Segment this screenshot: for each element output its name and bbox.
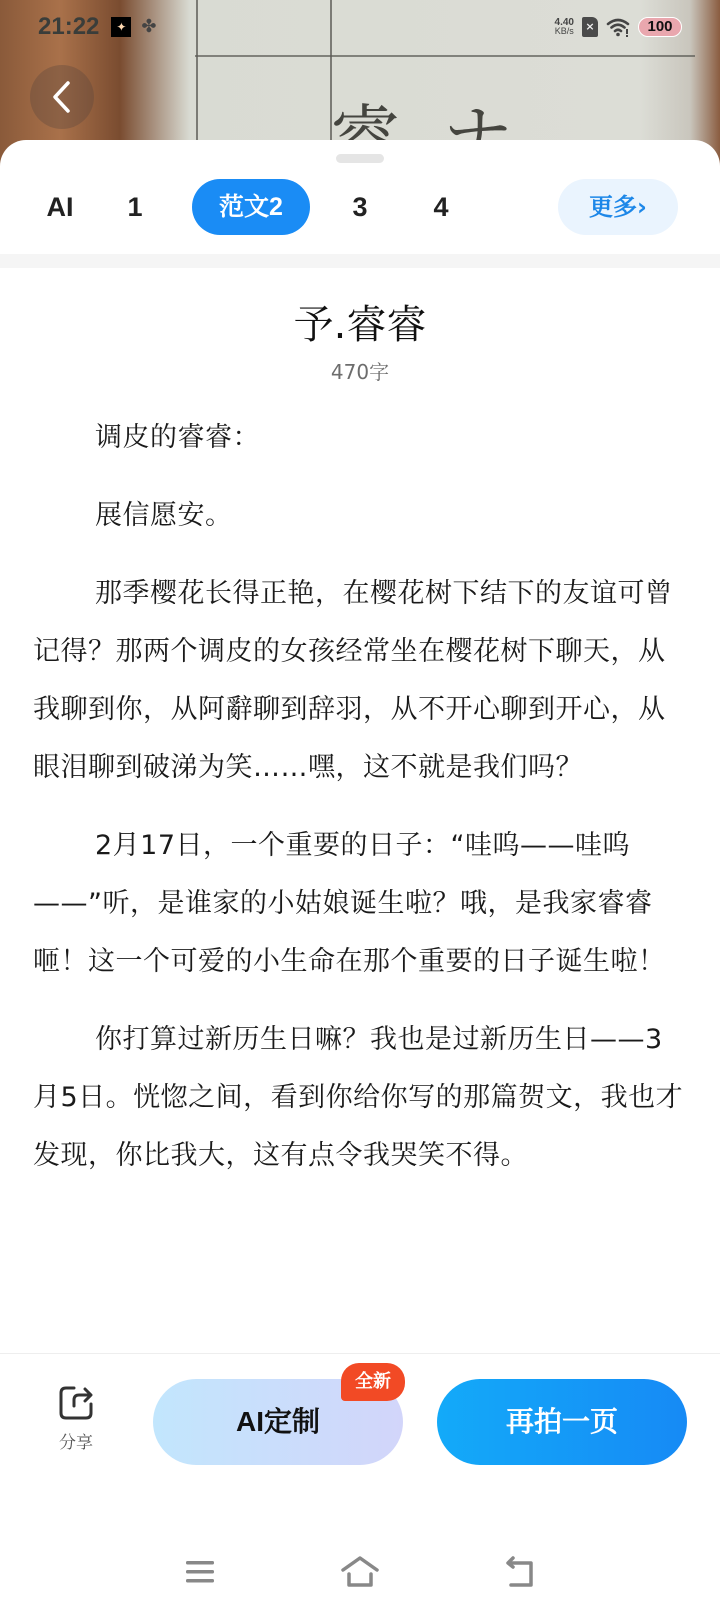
article-paragraph: 那季樱花长得正艳，在樱花树下结下的友谊可曾记得？那两个调皮的女孩经常坐在樱花树下…: [33, 565, 687, 797]
drag-handle[interactable]: [336, 154, 384, 163]
word-count: 470字: [33, 358, 687, 386]
notification-sparkle-icon: ✦: [111, 17, 131, 37]
article-content: 予.睿睿 470字 调皮的睿睿： 展信愿安。 那季樱花长得正艳，在樱花树下结下的…: [0, 268, 720, 1353]
section-divider: [0, 254, 720, 268]
result-sheet: AI 1 范文2 3 4 更多› 予.睿睿 470字 调皮的睿睿： 展信愿安。 …: [0, 140, 720, 1612]
share-label: 分享: [59, 1428, 93, 1453]
bottom-action-bar: 分享 AI定制 全新 再拍一页: [0, 1353, 720, 1483]
share-icon: [57, 1384, 95, 1422]
article-paragraph: 调皮的睿睿：: [33, 409, 687, 467]
chevron-left-icon: [49, 80, 75, 114]
back-button[interactable]: [30, 65, 94, 129]
back-icon: [503, 1555, 537, 1589]
status-time: 21:22: [38, 13, 99, 41]
tab-sample-2[interactable]: 范文2: [192, 179, 310, 235]
more-button[interactable]: 更多›: [558, 179, 678, 235]
system-nav-bar: [0, 1540, 720, 1600]
battery-indicator: 100: [638, 17, 682, 37]
article-paragraph: 你打算过新历生日嘛？我也是过新历生日——3月5日。恍惚之间，看到你给你写的那篇贺…: [33, 1011, 687, 1185]
new-badge: 全新: [341, 1363, 405, 1401]
tab-ai[interactable]: AI: [30, 179, 90, 235]
essay-tabs: AI 1 范文2 3 4 更多›: [0, 179, 720, 235]
chevron-right-icon: ›: [637, 193, 647, 221]
notification-app-icon: ✤: [141, 16, 163, 38]
retake-page-button[interactable]: 再拍一页: [437, 1379, 687, 1465]
tab-1[interactable]: 1: [110, 179, 160, 235]
menu-icon: [184, 1558, 216, 1586]
home-button[interactable]: [340, 1552, 380, 1592]
no-sim-icon: ×: [582, 17, 598, 37]
article-paragraph: 展信愿安。: [33, 487, 687, 545]
more-label: 更多: [589, 193, 637, 221]
wifi-icon: [606, 17, 630, 37]
share-button[interactable]: 分享: [48, 1384, 104, 1456]
article-paragraph: 2月17日，一个重要的日子：“哇呜——哇呜——”听，是谁家的小姑娘诞生啦？哦，是…: [33, 817, 687, 991]
article-title: 予.睿睿: [33, 298, 687, 352]
home-icon: [340, 1555, 380, 1589]
tab-4[interactable]: 4: [416, 179, 466, 235]
network-speed: 4.40 KB/s: [555, 18, 574, 36]
status-bar: 21:22 ✦ ✤ 4.40 KB/s × 100: [0, 0, 720, 54]
system-back-button[interactable]: [500, 1552, 540, 1592]
tab-3[interactable]: 3: [335, 179, 385, 235]
article-body: 调皮的睿睿： 展信愿安。 那季樱花长得正艳，在樱花树下结下的友谊可曾记得？那两个…: [33, 409, 687, 1185]
recent-apps-button[interactable]: [180, 1552, 220, 1592]
photo-grid-line: [195, 55, 695, 57]
